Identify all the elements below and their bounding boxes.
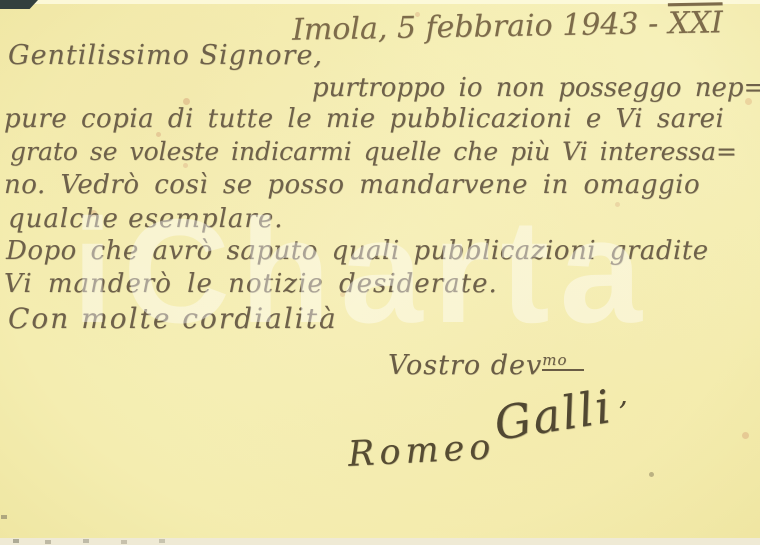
letter-line: purtroppo io non posseggo nep= xyxy=(312,75,760,101)
foxing-spots xyxy=(0,0,3,3)
valediction-superscript: mo xyxy=(542,351,583,371)
dateline: Imola, 5 febbraio 1943 -XXI xyxy=(292,8,723,46)
dateline-place-date: Imola, 5 febbraio 1943 - xyxy=(292,6,659,47)
scanned-postcard: Imola, 5 febbraio 1943 -XXI Gentilissimo… xyxy=(0,0,760,545)
letter-line: Dopo che avrò saputo quali pubblicazioni… xyxy=(6,238,709,264)
dateline-era-numeral: XXI xyxy=(668,5,723,41)
closing-line: Con molte cordialità xyxy=(8,305,338,333)
salutation: Gentilissimo Signore, xyxy=(8,42,323,69)
valediction: Vostro devmo xyxy=(388,352,584,379)
paper-top-edge xyxy=(0,0,760,4)
signature-first-name: Romeo xyxy=(347,430,496,473)
paper-edge-flecks xyxy=(0,540,4,542)
signature-flourish-mark: ’ xyxy=(618,396,628,431)
letter-line: qualche esemplare. xyxy=(8,206,283,232)
paper-bottom-edge xyxy=(0,538,760,545)
letter-line: grato se voleste indicarmi quelle che pi… xyxy=(10,139,737,164)
letter-line: no. Vedrò così se posso mandarvene in om… xyxy=(4,172,700,198)
letter-line: Vi manderò le notizie desiderate. xyxy=(4,271,498,297)
letter-line: pure copia di tutte le mie pubblicazioni… xyxy=(4,106,724,132)
valediction-main: Vostro dev xyxy=(388,350,542,381)
